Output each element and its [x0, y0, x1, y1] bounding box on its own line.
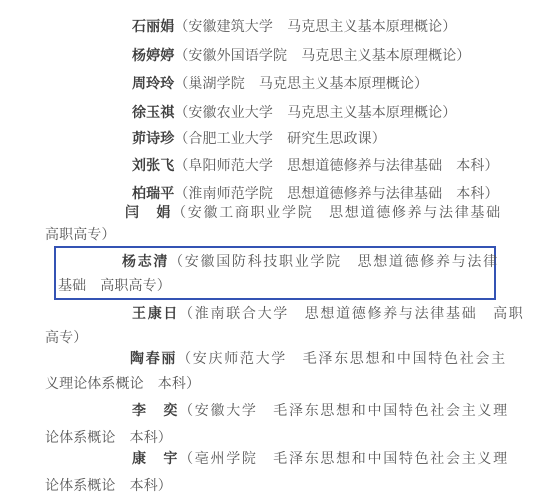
list-entry-line: 王康日（淮南联合大学 思想道德修养与法律基础 高职: [132, 305, 525, 324]
recipient-name: 柏瑞平: [132, 187, 174, 202]
recipient-name: 李 奕: [132, 404, 179, 419]
entry-detail: （安庆师范大学 毛泽东思想和中国特色社会主: [177, 352, 507, 367]
list-entry-line: 石丽娟（安徽建筑大学 马克思主义基本原理概论）: [132, 18, 456, 37]
list-entry-continuation: 论体系概论 本科）: [45, 477, 172, 496]
list-entry-line-highlighted: 杨志清（安徽国防科技职业学院 思想道德修养与法律: [122, 253, 499, 272]
list-entry-continuation: 义理论体系概论 本科）: [45, 375, 200, 394]
recipient-name: 闫 娟: [125, 206, 172, 221]
list-entry-line: 茆诗珍（合肥工业大学 研究生思政课）: [132, 130, 386, 149]
entry-detail: （亳州学院 毛泽东思想和中国特色社会主义理: [179, 452, 509, 467]
list-entry-line: 闫 娟（安徽工商职业学院 思想道德修养与法律基础: [125, 204, 502, 223]
entry-detail: （巢湖学院 马克思主义基本原理概论）: [174, 77, 428, 92]
list-entry-line: 陶春丽（安庆师范大学 毛泽东思想和中国特色社会主: [130, 350, 507, 369]
list-entry-line: 周玲玲（巢湖学院 马克思主义基本原理概论）: [132, 75, 428, 94]
recipient-name: 石丽娟: [132, 20, 174, 35]
recipient-name: 周玲玲: [132, 77, 174, 92]
recipient-name: 康 宇: [132, 452, 179, 467]
recipient-name: 王康日: [132, 307, 179, 322]
list-entry-continuation: 高职高专）: [45, 226, 116, 245]
list-entry-line: 刘张飞（阜阳师范大学 思想道德修养与法律基础 本科）: [132, 157, 499, 176]
list-entry-line: 李 奕（安徽大学 毛泽东思想和中国特色社会主义理: [132, 402, 509, 421]
entry-detail: （安徽外国语学院 马克思主义基本原理概论）: [174, 49, 470, 64]
list-entry-line: 徐玉祺（安徽农业大学 马克思主义基本原理概论）: [132, 104, 456, 123]
list-entry-line: 杨婷婷（安徽外国语学院 马克思主义基本原理概论）: [132, 47, 470, 66]
entry-detail: （安徽农业大学 马克思主义基本原理概论）: [174, 106, 456, 121]
recipient-name: 刘张飞: [132, 159, 174, 174]
entry-detail: （淮南联合大学 思想道德修养与法律基础 高职: [179, 307, 524, 322]
recipient-name: 杨志清: [122, 255, 169, 270]
entry-detail: （安徽大学 毛泽东思想和中国特色社会主义理: [179, 404, 509, 419]
recipient-name: 杨婷婷: [132, 49, 174, 64]
recipient-name: 陶春丽: [130, 352, 177, 367]
entry-detail: （阜阳师范大学 思想道德修养与法律基础 本科）: [174, 159, 498, 174]
entry-detail: （安徽建筑大学 马克思主义基本原理概论）: [174, 20, 456, 35]
list-entry-continuation-highlighted: 基础 高职高专）: [58, 277, 171, 296]
list-entry-line: 康 宇（亳州学院 毛泽东思想和中国特色社会主义理: [132, 450, 509, 469]
recipient-name: 茆诗珍: [132, 132, 174, 147]
entry-detail: （安徽工商职业学院 思想道德修养与法律基础: [172, 206, 502, 221]
list-entry-continuation: 高专）: [45, 329, 87, 348]
list-entry-line: 柏瑞平（淮南师范学院 思想道德修养与法律基础 本科）: [132, 185, 499, 204]
document-page: 石丽娟（安徽建筑大学 马克思主义基本原理概论） 杨婷婷（安徽外国语学院 马克思主…: [0, 0, 554, 504]
list-entry-continuation: 论体系概论 本科）: [45, 429, 172, 448]
entry-detail: （安徽国防科技职业学院 思想道德修养与法律: [169, 255, 499, 270]
entry-detail: （淮南师范学院 思想道德修养与法律基础 本科）: [174, 187, 498, 202]
recipient-name: 徐玉祺: [132, 106, 174, 121]
entry-detail: （合肥工业大学 研究生思政课）: [174, 132, 386, 147]
